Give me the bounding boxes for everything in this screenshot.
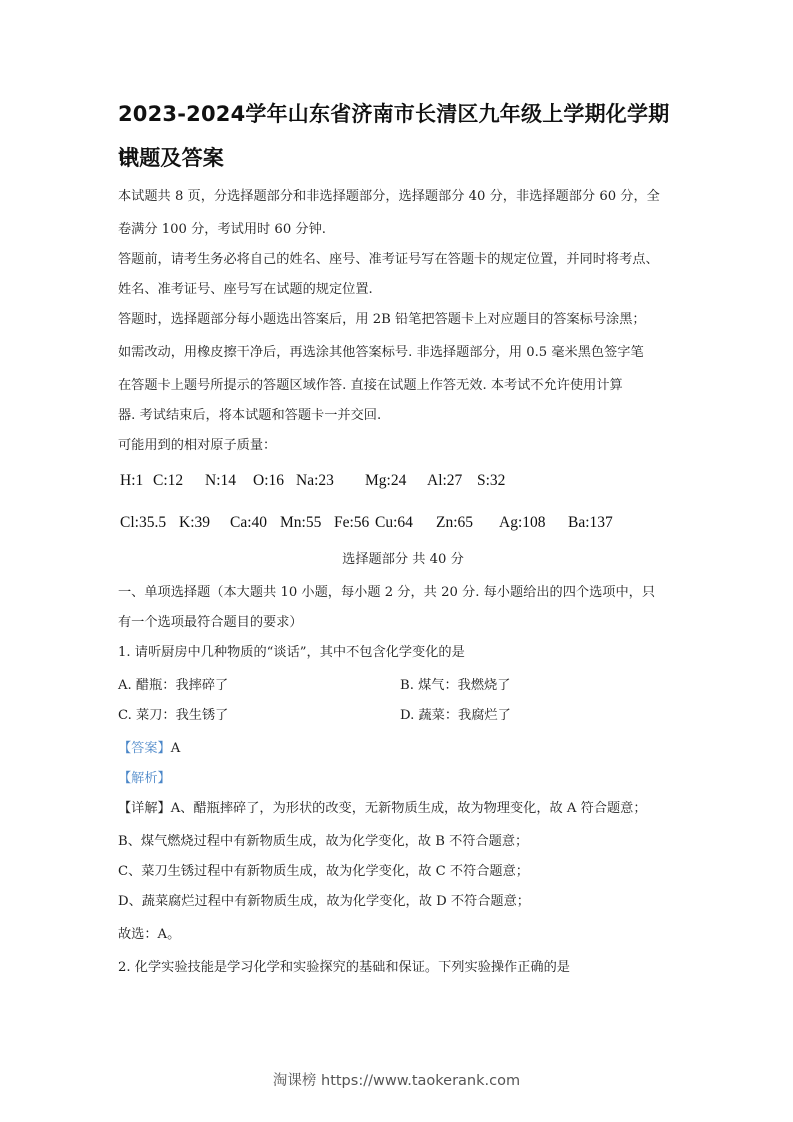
intro-line: 答题前，请考生务必将自己的姓名、座号、准考证号写在答题卡的规定位置，并同时将考点… [118,250,688,270]
atomic-mass: Cu:64 [375,512,413,534]
atomic-mass: H:1 [120,470,143,492]
answer-tag: 【答案】 [118,741,171,756]
intro-line: 姓名、准考证号、座号写在试题的规定位置. [118,280,688,300]
intro-line: 答题时，选择题部分每小题选出答案后，用 2B 铅笔把答题卡上对应题目的答案标号涂… [118,310,688,330]
intro-line: 如需改动，用橡皮擦干净后，再选涂其他答案标号. 非选择题部分，用 0.5 毫米黑… [118,343,688,363]
document-title-line-2: 试题及答案 [118,136,688,180]
analysis-line: 【解析】 [118,769,688,789]
atomic-mass: Na:23 [296,470,334,492]
section-heading: 选择题部分 共 40 分 [118,550,688,570]
atomic-mass: Zn:65 [436,512,473,534]
part-one-instructions: 有一个选项最符合题目的要求） [118,613,688,633]
intro-line: 卷满分 100 分，考试用时 60 分钟. [118,220,688,240]
detail-line: C、菜刀生锈过程中有新物质生成，故为化学变化，故 C 不符合题意； [118,862,688,882]
atomic-mass: O:16 [253,470,284,492]
atomic-mass: Cl:35.5 [120,512,166,534]
detail-text: A、醋瓶摔碎了，为形状的改变，无新物质生成，故为物理变化，故 A 符合题意； [171,801,647,816]
question-1-option-c: C. 菜刀：我生锈了 [118,706,228,726]
analysis-tag: 【解析】 [118,771,171,786]
intro-line: 本试题共 8 页，分选择题部分和非选择题部分，选择题部分 40 分，非选择题部分… [118,187,688,207]
atomic-mass: Al:27 [427,470,462,492]
intro-line: 在答题卡上题号所提示的答题区域作答. 直接在试题上作答无效. 本考试不允许使用计… [118,376,688,396]
question-2-stem: 2. 化学实验技能是学习化学和实验探究的基础和保证。下列实验操作正确的是 [118,958,688,978]
detail-line: B、煤气燃烧过程中有新物质生成，故为化学变化，故 B 不符合题意； [118,832,688,852]
question-1-option-a: A. 醋瓶：我摔碎了 [118,676,228,696]
question-1-option-b: B. 煤气：我燃烧了 [400,676,510,696]
part-one-instructions: 一、单项选择题（本大题共 10 小题，每小题 2 分，共 20 分. 每小题给出… [118,583,688,603]
atomic-mass: S:32 [477,470,505,492]
detail-line: 【详解】A、醋瓶摔碎了，为形状的改变，无新物质生成，故为物理变化，故 A 符合题… [118,799,688,819]
detail-tag: 【详解】 [118,801,171,816]
question-1-option-d: D. 蔬菜：我腐烂了 [400,706,511,726]
atomic-mass: Ca:40 [230,512,267,534]
atomic-mass: Mn:55 [280,512,321,534]
footer-watermark: 淘课榜 https://www.taokerank.com [0,1069,793,1090]
answer-value: A [171,741,181,756]
answer-line: 【答案】A [118,739,688,759]
atomic-mass: K:39 [179,512,210,534]
atomic-mass: Fe:56 [334,512,369,534]
document-page: 2023-2024学年山东省济南市长清区九年级上学期化学期中 试题及答案 本试题… [0,0,793,1122]
atomic-mass: Ba:137 [568,512,613,534]
atomic-mass: Ag:108 [499,512,546,534]
atomic-mass: C:12 [153,470,183,492]
intro-line: 器. 考试结束后，将本试题和答题卡一并交回. [118,406,688,426]
question-1-stem: 1. 请听厨房中几种物质的“谈话”，其中不包含化学变化的是 [118,643,688,663]
atomic-mass: Mg:24 [365,470,406,492]
detail-line: D、蔬菜腐烂过程中有新物质生成，故为化学变化，故 D 不符合题意； [118,892,688,912]
detail-line: 故选：A。 [118,925,688,945]
atomic-mass: N:14 [205,470,236,492]
intro-line: 可能用到的相对原子质量： [118,436,688,456]
